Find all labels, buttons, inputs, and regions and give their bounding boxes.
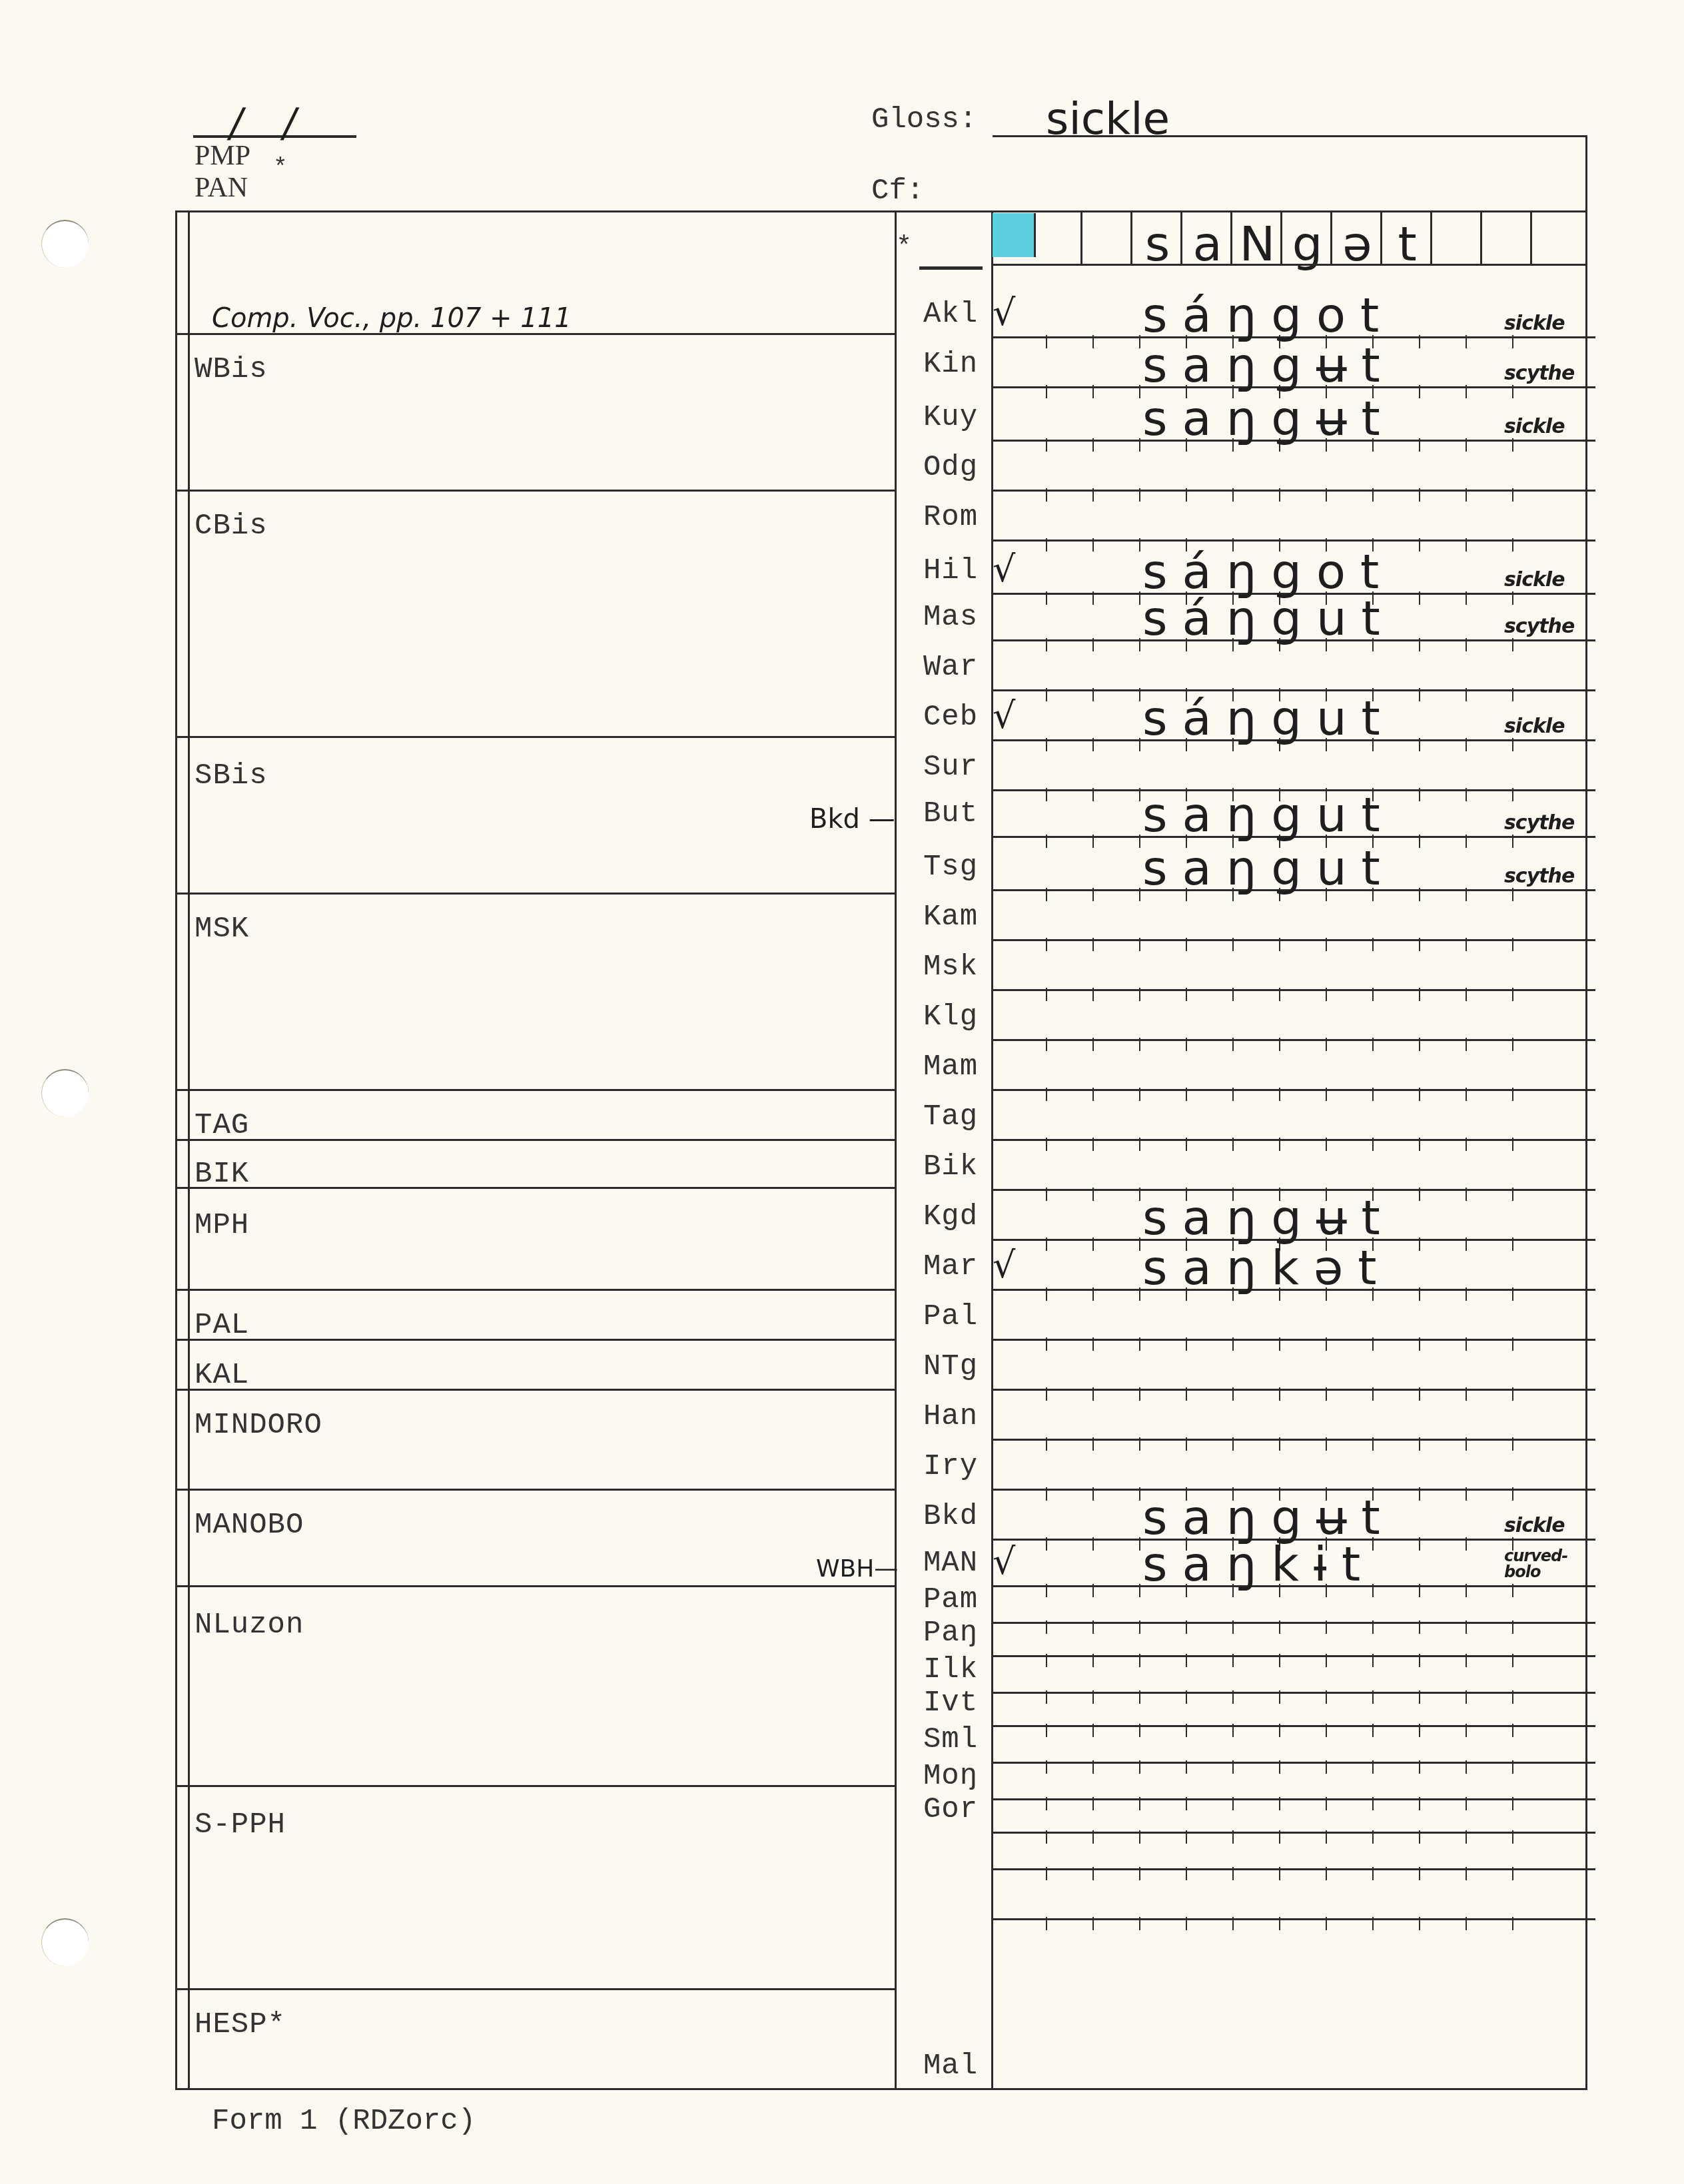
column-tick — [1186, 1917, 1187, 1930]
table-left-border-outer — [175, 210, 177, 2090]
column-tick — [1372, 488, 1374, 502]
column-tick — [1139, 1437, 1140, 1451]
column-tick — [1419, 1830, 1420, 1844]
form-gloss: sickle — [1504, 570, 1565, 590]
language-label: MAN — [907, 1547, 994, 1580]
column-tick — [1279, 1867, 1280, 1880]
column-tick — [1186, 1654, 1187, 1667]
cognate-form[interactable]: saŋgut — [1142, 844, 1395, 892]
column-tick — [1279, 1621, 1280, 1634]
column-tick — [1092, 1337, 1094, 1351]
pmp-label: PMP — [195, 140, 250, 172]
column-tick — [1466, 1038, 1467, 1051]
column-tick — [1092, 1690, 1094, 1704]
column-tick — [1139, 438, 1140, 452]
column-tick — [1046, 738, 1047, 751]
group-divider — [175, 1988, 896, 1990]
column-tick — [1046, 1621, 1047, 1634]
column-tick — [1046, 988, 1047, 1001]
column-tick — [1419, 1621, 1420, 1634]
column-tick — [1466, 738, 1467, 751]
row-rule — [993, 939, 1595, 941]
column-tick — [1419, 738, 1420, 751]
row-rule — [993, 1439, 1595, 1441]
column-tick — [1046, 1537, 1047, 1551]
column-tick — [1326, 1830, 1327, 1844]
check-mark-icon: √ — [993, 551, 1015, 587]
reconstruction-asterisk: * — [896, 233, 912, 263]
language-label: Kuy — [907, 401, 994, 434]
group-label: HESP* — [195, 2008, 286, 2041]
column-tick — [1139, 638, 1140, 651]
column-tick — [1419, 1337, 1420, 1351]
column-tick — [1139, 1487, 1140, 1501]
language-label: Rom — [907, 501, 994, 534]
column-tick — [1046, 1487, 1047, 1501]
reconstruction-highlight-cell[interactable] — [993, 213, 1036, 257]
column-tick — [1466, 1088, 1467, 1101]
cognate-form[interactable]: saŋgut — [1142, 791, 1395, 839]
column-tick — [1512, 335, 1513, 348]
cognate-form[interactable]: saŋkɨt — [1142, 1540, 1375, 1588]
column-tick — [1139, 1038, 1140, 1051]
column-tick — [1419, 438, 1420, 452]
column-tick — [1139, 1287, 1140, 1301]
column-tick — [1512, 1830, 1513, 1844]
column-tick — [1092, 1238, 1094, 1251]
column-tick — [1419, 1188, 1420, 1201]
column-tick — [1279, 1797, 1280, 1810]
language-label: Han — [907, 1400, 994, 1433]
column-tick — [1419, 1387, 1420, 1401]
group-divider — [175, 1139, 896, 1141]
column-tick — [1232, 988, 1234, 1001]
hole-punch — [41, 1918, 89, 1966]
form-gloss: scythe — [1504, 617, 1574, 637]
column-tick — [1139, 1654, 1140, 1667]
column-tick — [1372, 1621, 1374, 1634]
column-tick — [1139, 1797, 1140, 1810]
column-tick — [1046, 938, 1047, 951]
reconstruction-cell[interactable] — [1432, 212, 1482, 264]
reconstruction-cell[interactable] — [1532, 212, 1587, 264]
cognate-form[interactable]: saŋgʉt — [1142, 341, 1395, 389]
column-tick — [1232, 1867, 1234, 1880]
column-tick — [1232, 1387, 1234, 1401]
column-tick — [1466, 1437, 1467, 1451]
column-tick — [1092, 1537, 1094, 1551]
check-mark-icon: √ — [993, 698, 1015, 734]
date-slash: / — [279, 100, 301, 147]
language-label: Akl — [907, 298, 994, 331]
column-tick — [1326, 1797, 1327, 1810]
column-tick — [1186, 1760, 1187, 1774]
column-tick — [1046, 385, 1047, 398]
row-rule — [993, 1139, 1595, 1141]
language-label: Msk — [907, 950, 994, 984]
column-tick — [1466, 488, 1467, 502]
column-tick — [1512, 1138, 1513, 1151]
column-tick — [1326, 1038, 1327, 1051]
column-tick — [1092, 1088, 1094, 1101]
column-tick — [1232, 1654, 1234, 1667]
gloss-underline — [993, 135, 1587, 137]
column-tick — [1512, 1584, 1513, 1597]
reconstruction-cell[interactable] — [1482, 212, 1532, 264]
column-tick — [1326, 1690, 1327, 1704]
form-gloss: sickle — [1504, 1516, 1565, 1536]
column-tick — [1232, 1760, 1234, 1774]
column-tick — [1466, 538, 1467, 551]
column-tick — [1466, 1138, 1467, 1151]
column-tick — [1046, 1437, 1047, 1451]
column-tick — [1512, 1917, 1513, 1930]
column-tick — [1372, 1917, 1374, 1930]
column-tick — [1279, 488, 1280, 502]
column-tick — [1139, 1337, 1140, 1351]
row-rule — [993, 1389, 1595, 1391]
column-tick — [1046, 1088, 1047, 1101]
column-tick — [1139, 538, 1140, 551]
language-label: Ilk — [907, 1653, 994, 1686]
column-tick — [1139, 488, 1140, 502]
column-tick — [1092, 788, 1094, 801]
column-tick — [1186, 988, 1187, 1001]
row-rule — [993, 1339, 1595, 1341]
column-tick — [1512, 688, 1513, 701]
column-tick — [1326, 1760, 1327, 1774]
column-tick — [1092, 638, 1094, 651]
column-tick — [1139, 1621, 1140, 1634]
column-tick — [1419, 1797, 1420, 1810]
group-label: NLuzon — [195, 1609, 304, 1642]
column-tick — [1419, 1287, 1420, 1301]
column-tick — [1419, 1138, 1420, 1151]
column-tick — [1139, 988, 1140, 1001]
language-label: Pam — [907, 1583, 994, 1617]
form-gloss: scythe — [1504, 813, 1574, 833]
group-label: MINDORO — [195, 1409, 322, 1442]
column-tick — [1512, 788, 1513, 801]
group-divider — [175, 736, 896, 738]
column-tick — [1092, 385, 1094, 398]
column-tick — [1186, 1337, 1187, 1351]
column-tick — [1046, 638, 1047, 651]
column-tick — [1326, 1437, 1327, 1451]
column-tick — [1046, 1830, 1047, 1844]
column-tick — [1372, 1437, 1374, 1451]
group-label: WBis — [195, 353, 268, 386]
column-tick — [1046, 591, 1047, 605]
column-tick — [1372, 1690, 1374, 1704]
column-tick — [1512, 1487, 1513, 1501]
column-tick — [1512, 1088, 1513, 1101]
side-note-bkd: Bkd — — [809, 806, 895, 833]
column-tick — [1512, 538, 1513, 551]
column-tick — [1419, 638, 1420, 651]
column-tick — [1092, 1797, 1094, 1810]
column-tick — [1419, 1654, 1420, 1667]
language-label: Hil — [907, 554, 994, 587]
column-tick — [1046, 1797, 1047, 1810]
column-tick — [1092, 1487, 1094, 1501]
column-tick — [1419, 1584, 1420, 1597]
table-left-border-inner — [188, 210, 190, 2090]
column-tick — [1466, 438, 1467, 452]
column-tick — [1232, 1917, 1234, 1930]
column-tick — [1139, 1867, 1140, 1880]
language-label: NTg — [907, 1350, 994, 1383]
column-tick — [1139, 1760, 1140, 1774]
column-tick — [1372, 988, 1374, 1001]
column-tick — [1046, 488, 1047, 502]
column-tick — [1372, 1138, 1374, 1151]
language-label: Paŋ — [907, 1617, 994, 1650]
row-rule — [993, 1622, 1595, 1624]
column-tick — [1092, 1138, 1094, 1151]
column-tick — [1466, 1797, 1467, 1810]
column-tick — [1092, 1724, 1094, 1737]
column-tick — [1279, 1437, 1280, 1451]
group-label: BIK — [195, 1158, 249, 1191]
column-tick — [1139, 738, 1140, 751]
column-tick — [1466, 1917, 1467, 1930]
column-tick — [1279, 1138, 1280, 1151]
row-rule — [993, 1762, 1595, 1764]
column-tick — [1419, 488, 1420, 502]
cognate-form[interactable]: sáŋgot — [1142, 547, 1394, 595]
form-gloss: sickle — [1504, 314, 1565, 334]
column-tick — [1326, 1088, 1327, 1101]
column-tick — [1419, 1038, 1420, 1051]
group-label: CBis — [195, 510, 268, 543]
group-divider — [175, 1339, 896, 1341]
column-tick — [1092, 1387, 1094, 1401]
column-tick — [1139, 835, 1140, 848]
column-tick — [1466, 888, 1467, 901]
column-tick — [1186, 1088, 1187, 1101]
column-tick — [1372, 1337, 1374, 1351]
reconstruction-cell[interactable] — [1036, 212, 1082, 264]
column-tick — [1092, 1760, 1094, 1774]
language-label: Bkd — [907, 1500, 994, 1533]
column-tick — [1326, 1867, 1327, 1880]
group-divider — [175, 333, 896, 335]
language-label: Pal — [907, 1300, 994, 1333]
language-label: War — [907, 651, 994, 684]
column-tick — [1372, 1387, 1374, 1401]
group-label: TAG — [195, 1109, 249, 1142]
column-tick — [1092, 1654, 1094, 1667]
column-tick — [1046, 1917, 1047, 1930]
column-tick — [1186, 1724, 1187, 1737]
cognate-form[interactable]: saŋgʉt — [1142, 1493, 1395, 1541]
column-tick — [1046, 1760, 1047, 1774]
cognate-form[interactable]: saŋkət — [1142, 1244, 1392, 1291]
hole-punch — [41, 1069, 89, 1117]
column-tick — [1186, 1797, 1187, 1810]
table-right-border — [1585, 210, 1587, 2090]
column-tick — [1186, 1437, 1187, 1451]
language-label: Odg — [907, 451, 994, 484]
group-label: SBis — [195, 759, 268, 793]
language-label: Mas — [907, 601, 994, 634]
column-tick — [1139, 1724, 1140, 1737]
column-tick — [1186, 1387, 1187, 1401]
column-tick — [1512, 1654, 1513, 1667]
column-tick — [1372, 1038, 1374, 1051]
column-tick — [1419, 888, 1420, 901]
language-label: Kin — [907, 348, 994, 381]
column-tick — [1419, 591, 1420, 605]
pan-label: PAN — [195, 172, 248, 204]
column-tick — [1466, 835, 1467, 848]
group-divider — [175, 1187, 896, 1189]
column-tick — [1512, 1188, 1513, 1201]
column-tick — [1139, 688, 1140, 701]
column-tick — [1419, 1917, 1420, 1930]
table-bottom-border — [175, 2088, 1587, 2090]
column-tick — [1512, 1867, 1513, 1880]
column-tick — [1512, 1238, 1513, 1251]
cognate-form[interactable]: sáŋgut — [1142, 694, 1395, 742]
column-tick — [1092, 738, 1094, 751]
row-rule — [993, 1725, 1595, 1727]
group-divider — [175, 1489, 896, 1491]
column-tick — [1092, 938, 1094, 951]
column-tick — [1419, 988, 1420, 1001]
column-tick — [1419, 1238, 1420, 1251]
column-tick — [1326, 1654, 1327, 1667]
column-tick — [1326, 1138, 1327, 1151]
column-tick — [1186, 1038, 1187, 1051]
language-label: Ceb — [907, 701, 994, 734]
form-gloss: scythe — [1504, 867, 1574, 887]
column-tick — [1139, 385, 1140, 398]
column-tick — [1092, 688, 1094, 701]
language-label: Sml — [907, 1723, 994, 1756]
column-tick — [1419, 1487, 1420, 1501]
column-tick — [1512, 638, 1513, 651]
column-tick — [1512, 385, 1513, 398]
group-label: KAL — [195, 1359, 249, 1392]
column-tick — [1326, 1724, 1327, 1737]
group-label: MANOBO — [195, 1509, 304, 1542]
group-divider — [175, 490, 896, 492]
column-tick — [1466, 1337, 1467, 1351]
column-tick — [1512, 591, 1513, 605]
column-tick — [1186, 1690, 1187, 1704]
form-gloss: sickle — [1504, 717, 1565, 737]
reconstruction-cell[interactable] — [1082, 212, 1132, 264]
column-tick — [1279, 1387, 1280, 1401]
row-rule — [993, 989, 1595, 991]
column-tick — [1372, 1654, 1374, 1667]
column-tick — [1372, 938, 1374, 951]
column-tick — [1466, 1760, 1467, 1774]
column-tick — [1419, 1724, 1420, 1737]
column-tick — [1092, 888, 1094, 901]
column-tick — [1419, 1088, 1420, 1101]
column-tick — [1326, 1387, 1327, 1401]
language-label: Tag — [907, 1100, 994, 1134]
column-tick — [1372, 1867, 1374, 1880]
language-label: Mam — [907, 1050, 994, 1084]
check-mark-icon: √ — [993, 1544, 1015, 1580]
column-tick — [1092, 335, 1094, 348]
language-label: Moŋ — [907, 1760, 994, 1793]
asterisk: * — [273, 155, 288, 182]
form-gloss: scythe — [1504, 364, 1574, 384]
language-label: Kgd — [907, 1200, 994, 1234]
column-tick — [1419, 938, 1420, 951]
column-tick — [1466, 788, 1467, 801]
row-rule — [993, 1798, 1595, 1800]
form-gloss: curved-bolo — [1504, 1548, 1584, 1580]
column-tick — [1092, 1437, 1094, 1451]
column-tick — [1512, 988, 1513, 1001]
column-tick — [1419, 1760, 1420, 1774]
cf-label: Cf: — [871, 175, 924, 208]
column-tick — [1466, 335, 1467, 348]
language-label: Bik — [907, 1150, 994, 1184]
column-tick — [1279, 1830, 1280, 1844]
column-tick — [1512, 835, 1513, 848]
column-tick — [1092, 488, 1094, 502]
column-tick — [1092, 1621, 1094, 1634]
column-tick — [1232, 1138, 1234, 1151]
column-tick — [1139, 335, 1140, 348]
column-tick — [1466, 1238, 1467, 1251]
cognate-form[interactable]: saŋgʉt — [1142, 1194, 1395, 1242]
cognate-form[interactable]: saŋgʉt — [1142, 394, 1395, 442]
column-tick — [1092, 438, 1094, 452]
column-tick — [1139, 788, 1140, 801]
column-tick — [1372, 1760, 1374, 1774]
cognate-form[interactable]: sáŋgot — [1142, 291, 1394, 339]
row-rule — [993, 1692, 1595, 1694]
language-label: Sur — [907, 751, 994, 784]
reconstruction-letter: N — [1232, 220, 1282, 268]
gloss-box-right — [1585, 135, 1587, 212]
column-tick — [1092, 1917, 1094, 1930]
column-tick — [1466, 638, 1467, 651]
column-tick — [1419, 385, 1420, 398]
group-label: MPH — [195, 1209, 249, 1242]
column-tick — [1512, 1038, 1513, 1051]
column-tick — [1419, 788, 1420, 801]
cognate-form[interactable]: sáŋgut — [1142, 594, 1395, 642]
column-tick — [1092, 835, 1094, 848]
reconstruction-blank — [919, 266, 983, 270]
column-tick — [1466, 1287, 1467, 1301]
column-tick — [1046, 1138, 1047, 1151]
language-label: Mal — [907, 2049, 994, 2083]
column-tick — [1279, 1690, 1280, 1704]
column-tick — [1139, 1537, 1140, 1551]
column-tick — [1139, 1584, 1140, 1597]
column-tick — [1512, 938, 1513, 951]
column-tick — [1092, 1584, 1094, 1597]
column-tick — [1326, 988, 1327, 1001]
column-tick — [1512, 888, 1513, 901]
column-tick — [1046, 1690, 1047, 1704]
language-label: Mar — [907, 1250, 994, 1283]
column-tick — [1466, 1690, 1467, 1704]
reconstruction-letter: ə — [1332, 220, 1382, 268]
column-tick — [1139, 1088, 1140, 1101]
reconstruction-letter: t — [1382, 220, 1432, 268]
